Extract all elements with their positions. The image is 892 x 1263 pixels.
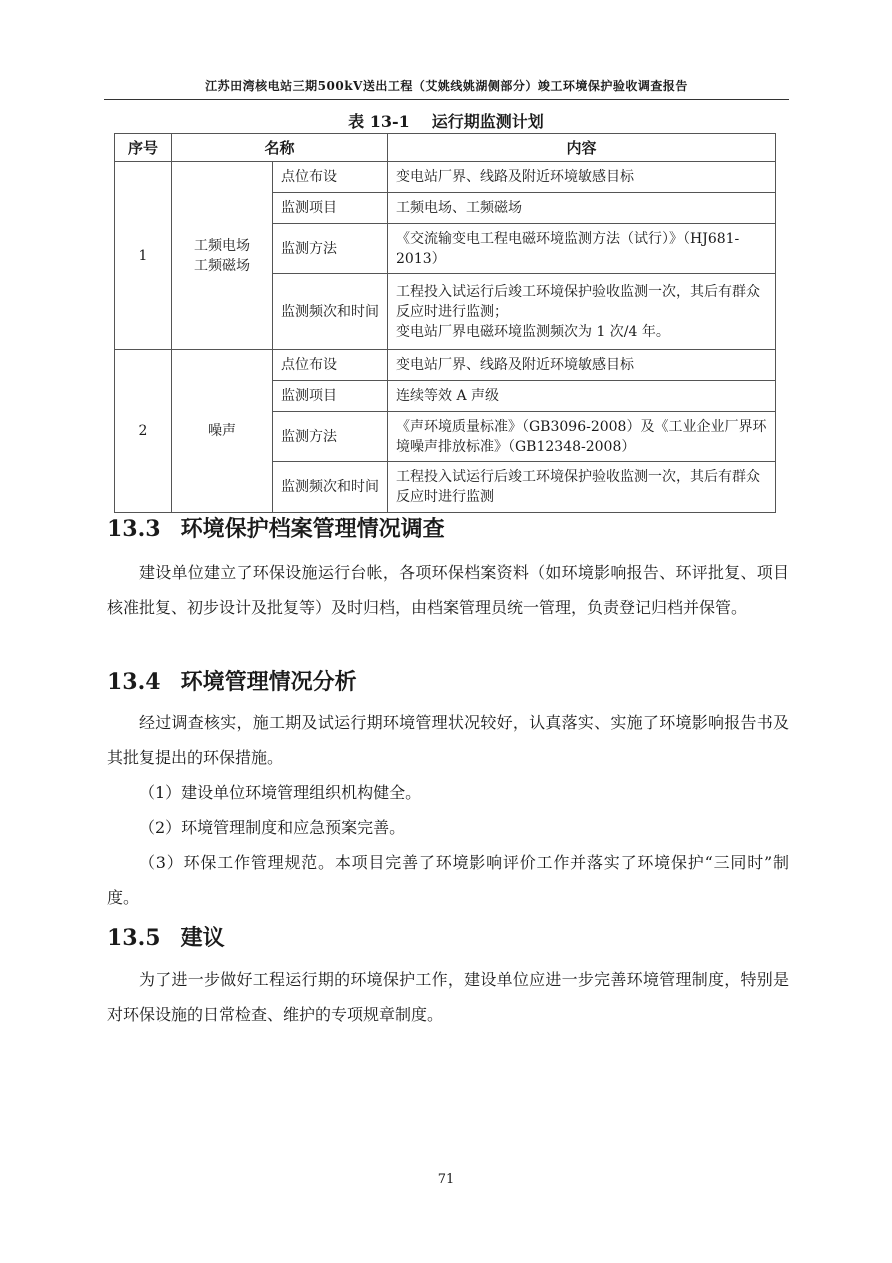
section-number: 13.3 xyxy=(107,516,161,542)
cell-name-line: 工频磁场 xyxy=(180,256,264,276)
cell-content: 《交流输变电工程电磁环境监测方法（试行）》（HJ681-2013） xyxy=(388,224,776,274)
cell-item: 监测项目 xyxy=(273,193,388,224)
table-caption-number: 表 13-1 xyxy=(348,112,410,131)
section-heading: 建议 xyxy=(181,925,225,951)
cell-content-line: 工程投入试运行后竣工环境保护验收监测一次，其后有群众反应时进行监测； xyxy=(396,282,767,322)
section-number: 13.5 xyxy=(107,925,161,951)
cell-item: 监测项目 xyxy=(273,381,388,412)
table-header-row: 序号 名称 内容 xyxy=(115,134,776,162)
cell-item: 监测方法 xyxy=(273,412,388,462)
header-name: 名称 xyxy=(172,134,388,162)
cell-content-line: 变电站厂界电磁环境监测频次为 1 次/4 年。 xyxy=(396,322,767,342)
cell-item: 监测频次和时间 xyxy=(273,462,388,513)
cell-item: 监测频次和时间 xyxy=(273,274,388,350)
page-number: 71 xyxy=(0,1172,892,1187)
cell-content: 工程投入试运行后竣工环境保护验收监测一次，其后有群众反应时进行监测 xyxy=(388,462,776,513)
section-heading: 环境保护档案管理情况调查 xyxy=(181,516,445,542)
cell-item: 点位布设 xyxy=(273,350,388,381)
table-row: 2 噪声 点位布设 变电站厂界、线路及附近环境敏感目标 xyxy=(115,350,776,381)
cell-name-line: 工频电场 xyxy=(180,236,264,256)
cell-name: 工频电场 工频磁场 xyxy=(172,162,273,350)
cell-content: 连续等效 A 声级 xyxy=(388,381,776,412)
cell-content: 工程投入试运行后竣工环境保护验收监测一次，其后有群众反应时进行监测； 变电站厂界… xyxy=(388,274,776,350)
table-row: 1 工频电场 工频磁场 点位布设 变电站厂界、线路及附近环境敏感目标 xyxy=(115,162,776,193)
table-caption-title: 运行期监测计划 xyxy=(432,112,544,131)
header-no: 序号 xyxy=(115,134,172,162)
cell-content: 变电站厂界、线路及附近环境敏感目标 xyxy=(388,350,776,381)
section-title-13-4: 13.4环境管理情况分析 xyxy=(107,665,357,696)
section-title-13-3: 13.3环境保护档案管理情况调查 xyxy=(107,512,445,543)
header-rule xyxy=(104,99,789,100)
header-content: 内容 xyxy=(388,134,776,162)
section-number: 13.4 xyxy=(107,669,161,695)
cell-content: 工频电场、工频磁场 xyxy=(388,193,776,224)
section-title-13-5: 13.5建议 xyxy=(107,921,225,952)
cell-name: 噪声 xyxy=(172,350,273,513)
paragraph: 为了进一步做好工程运行期的环境保护工作，建设单位应进一步完善环境管理制度，特别是… xyxy=(107,962,789,1032)
cell-no: 1 xyxy=(115,162,172,350)
running-header: 江苏田湾核电站三期500kV送出工程（艾姚线姚湖侧部分）竣工环境保护验收调查报告 xyxy=(104,77,789,94)
cell-content: 变电站厂界、线路及附近环境敏感目标 xyxy=(388,162,776,193)
section-heading: 环境管理情况分析 xyxy=(181,669,357,695)
table-caption: 表 13-1运行期监测计划 xyxy=(0,109,892,132)
list-item: （3）环保工作管理规范。本项目完善了环境影响评价工作并落实了环境保护“三同时”制… xyxy=(107,845,789,915)
monitoring-plan-table: 序号 名称 内容 1 工频电场 工频磁场 点位布设 变电站厂界、线路及附近环境敏… xyxy=(114,133,776,513)
paragraph: 经过调查核实，施工期及试运行期环境管理状况较好，认真落实、实施了环境影响报告书及… xyxy=(107,705,789,775)
cell-content: 《声环境质量标准》（GB3096-2008）及《工业企业厂界环境噪声排放标准》（… xyxy=(388,412,776,462)
cell-item: 监测方法 xyxy=(273,224,388,274)
paragraph: 建设单位建立了环保设施运行台帐，各项环保档案资料（如环境影响报告、环评批复、项目… xyxy=(107,555,789,625)
list-item: （2）环境管理制度和应急预案完善。 xyxy=(107,810,789,845)
cell-no: 2 xyxy=(115,350,172,513)
list-item: （1）建设单位环境管理组织机构健全。 xyxy=(107,775,789,810)
cell-item: 点位布设 xyxy=(273,162,388,193)
